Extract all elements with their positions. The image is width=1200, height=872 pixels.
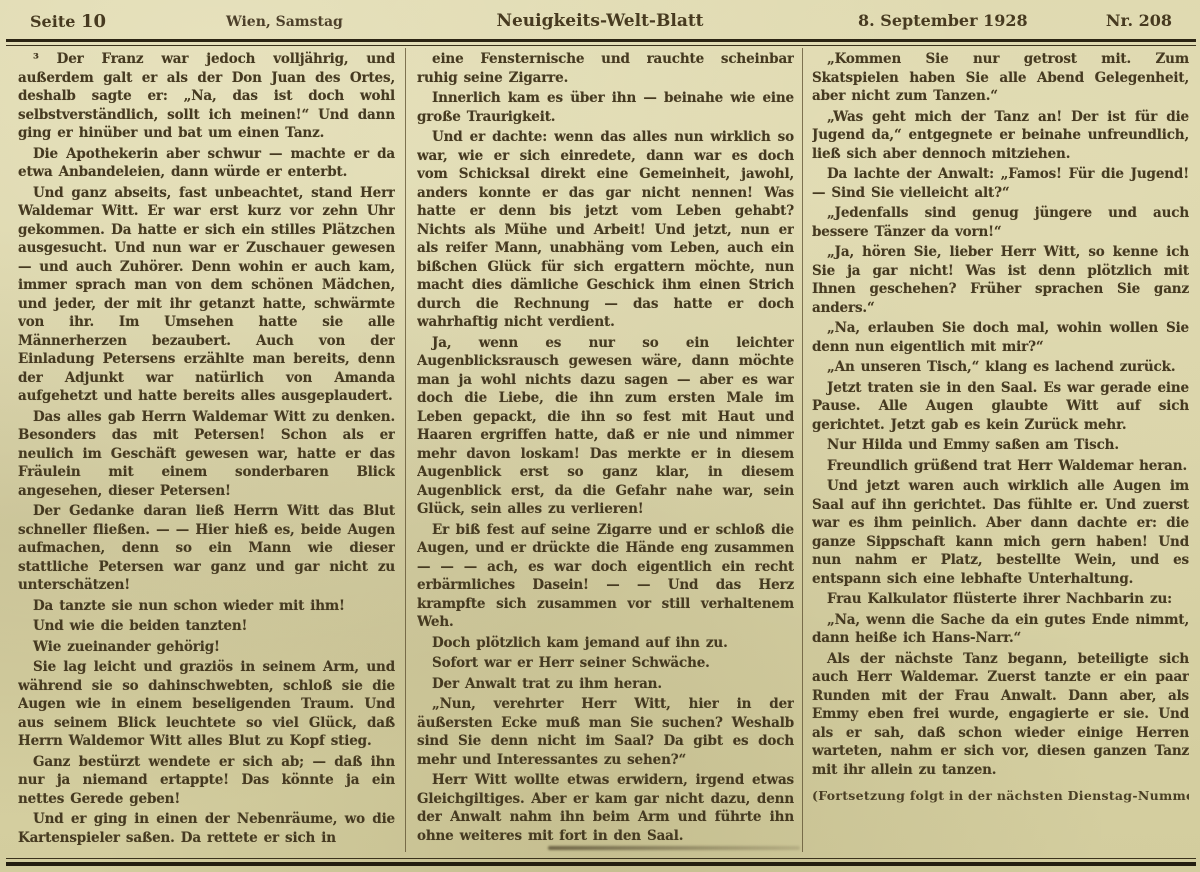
paragraph: Und er ging in einen der Nebenräume, wo …	[18, 810, 395, 847]
paragraph: Da tanzte sie nun schon wieder mit ihm!	[18, 597, 395, 616]
column-divider-1	[405, 48, 406, 852]
issue-date: 8. September 1928	[858, 11, 1028, 30]
paragraph: Und jetzt waren auch wirklich alle Augen…	[812, 477, 1189, 588]
paragraph: Da lachte der Anwalt: „Famos! Für die Ju…	[812, 165, 1189, 202]
paragraph: „Was geht mich der Tanz an! Der ist für …	[812, 108, 1189, 164]
header-divider-rule	[6, 39, 1196, 46]
paragraph: Ganz bestürzt wendete er sich ab; — daß …	[18, 753, 395, 809]
paragraph: „Na, wenn die Sache da ein gutes Ende ni…	[812, 611, 1189, 648]
paragraph: „An unseren Tisch,“ klang es lachend zur…	[812, 358, 1189, 377]
column-divider-2	[802, 48, 803, 852]
page-header: Seite 10 Wien, Samstag Neuigkeits-Welt-B…	[0, 7, 1200, 39]
paragraph: Der Anwalt trat zu ihm heran.	[417, 675, 794, 694]
text-column-1: ³ Der Franz war jedoch volljährig, und a…	[18, 50, 395, 856]
paragraph: Der Gedanke daran ließ Herrn Witt das Bl…	[18, 502, 395, 595]
paragraph: Und wie die beiden tanzten!	[18, 617, 395, 636]
paragraph: eine Fensternische und rauchte scheinbar…	[417, 50, 794, 87]
paragraph: Er biß fest auf seine Zigarre und er sch…	[417, 521, 794, 632]
paragraph: Nur Hilda und Emmy saßen am Tisch.	[812, 436, 1189, 455]
continuation-note: (Fortsetzung folgt in der nächsten Diens…	[812, 787, 1189, 804]
column-paragraphs: „Kommen Sie nur getrost mit. Zum Skatspi…	[812, 50, 1189, 779]
paragraph: Wie zueinander gehörig!	[18, 638, 395, 657]
page-bottom-rule	[6, 858, 1196, 866]
column-paragraphs: eine Fensternische und rauchte scheinbar…	[417, 50, 794, 845]
paragraph: Ja, wenn es nur so ein leichter Augenbli…	[417, 334, 794, 519]
paragraph: „Ja, hören Sie, lieber Herr Witt, so ken…	[812, 243, 1189, 317]
column-paragraphs: ³ Der Franz war jedoch volljährig, und a…	[18, 50, 395, 847]
text-column-2: eine Fensternische und rauchte scheinbar…	[417, 50, 794, 856]
paragraph: Herr Witt wollte etwas erwidern, irgend …	[417, 771, 794, 845]
paragraph: Jetzt traten sie in den Saal. Es war ger…	[812, 379, 1189, 435]
paragraph: Sie lag leicht und graziös in seinem Arm…	[18, 658, 395, 751]
paragraph: „Kommen Sie nur getrost mit. Zum Skatspi…	[812, 50, 1189, 106]
paragraph: „Jedenfalls sind genug jüngere und auch …	[812, 204, 1189, 241]
paragraph: Und er dachte: wenn das alles nun wirkli…	[417, 128, 794, 332]
ink-smear	[548, 846, 800, 850]
paragraph: Innerlich kam es über ihn — beinahe wie …	[417, 89, 794, 126]
paragraph: Doch plötzlich kam jemand auf ihn zu.	[417, 634, 794, 653]
paragraph: Das alles gab Herrn Waldemar Witt zu den…	[18, 408, 395, 501]
issue-number: Nr. 208	[1106, 11, 1172, 30]
paragraph: Frau Kalkulator flüsterte ihrer Nachbari…	[812, 590, 1189, 609]
paragraph: Die Apothekerin aber schwur — machte er …	[18, 145, 395, 182]
text-column-3: „Kommen Sie nur getrost mit. Zum Skatspi…	[812, 50, 1189, 856]
newspaper-page: { "header": { "page_label": "Seite", "pa…	[0, 0, 1200, 872]
paragraph: ³ Der Franz war jedoch volljährig, und a…	[18, 50, 395, 143]
paragraph: Als der nächste Tanz begann, beteiligte …	[812, 650, 1189, 780]
paragraph: Und ganz abseits, fast unbeachtet, stand…	[18, 184, 395, 406]
paragraph: „Na, erlauben Sie doch mal, wohin wollen…	[812, 319, 1189, 356]
paragraph: Freundlich grüßend trat Herr Waldemar he…	[812, 457, 1189, 476]
paragraph: Sofort war er Herr seiner Schwäche.	[417, 654, 794, 673]
paragraph: „Nun, verehrter Herr Witt, hier in der ä…	[417, 695, 794, 769]
